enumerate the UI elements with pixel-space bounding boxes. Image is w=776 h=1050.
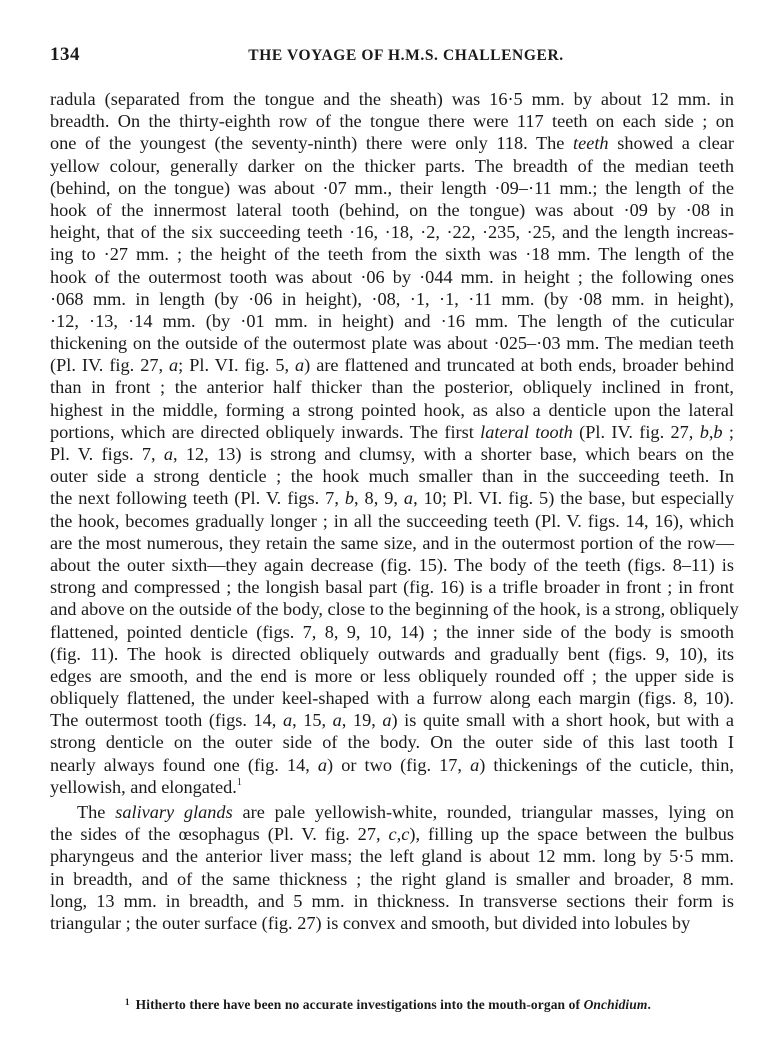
italic-term: a bbox=[283, 710, 292, 730]
italic-term: lateral tooth bbox=[480, 422, 573, 442]
text-line: the sides of the œsophagus (Pl. V. fig. … bbox=[50, 823, 734, 845]
text-line: portions, which are directed obliquely i… bbox=[50, 421, 734, 443]
text-line: ·12, ·13, ·14 mm. (by ·01 mm. in height)… bbox=[50, 310, 734, 332]
body-text: radula (separated from the tongue and th… bbox=[50, 88, 734, 934]
text-line: (behind, on the tongue) was about ·07 mm… bbox=[50, 177, 734, 199]
text-line: in breadth, and of the same thickness ; … bbox=[50, 868, 734, 890]
italic-term: salivary glands bbox=[115, 802, 232, 822]
italic-term: a bbox=[470, 755, 479, 775]
text-line: ·068 mm. in length (by ·06 in height), ·… bbox=[50, 288, 734, 310]
text-line: than in front ; the anterior half thicke… bbox=[50, 376, 734, 398]
running-head: THE VOYAGE OF H.M.S. CHALLENGER. bbox=[0, 47, 776, 65]
footnote-mark: 1 bbox=[125, 997, 130, 1007]
text-line: edges are smooth, and the end is more or… bbox=[50, 665, 734, 687]
paragraph-2: The salivary glands are pale yellowish-w… bbox=[50, 801, 734, 934]
text-line: thickening on the outside of the outermo… bbox=[50, 332, 734, 354]
paragraph-1: radula (separated from the tongue and th… bbox=[50, 88, 734, 798]
text-line: strong and compressed ; the longish basa… bbox=[50, 576, 734, 598]
text-line: outer side a strong denticle ; the hook … bbox=[50, 465, 734, 487]
text-line: hook of the innermost lateral tooth (beh… bbox=[50, 199, 734, 221]
text-line: (fig. 11). The hook is directed obliquel… bbox=[50, 643, 734, 665]
italic-term: teeth bbox=[573, 133, 609, 153]
italic-term: a bbox=[164, 444, 173, 464]
text-line: about the outer sixth—they again decreas… bbox=[50, 554, 734, 576]
text-line: the hook, becomes gradually longer ; in … bbox=[50, 510, 734, 532]
footnote-italic: Onchidium bbox=[584, 997, 648, 1012]
text-line: ing to ·27 mm. ; the height of the teeth… bbox=[50, 243, 734, 265]
text-line: nearly always found one (fig. 14, a) or … bbox=[50, 754, 734, 776]
text-line: yellow colour, generally darker on the t… bbox=[50, 155, 734, 177]
text-line: The salivary glands are pale yellowish-w… bbox=[50, 801, 734, 823]
text-line: breadth. On the thirty-eighth row of the… bbox=[50, 110, 734, 132]
text-line: flattened, pointed denticle (figs. 7, 8,… bbox=[50, 621, 734, 643]
text-line: The outermost tooth (figs. 14, a, 15, a,… bbox=[50, 709, 734, 731]
text-line: height, that of the six succeeding teeth… bbox=[50, 221, 734, 243]
footnote-reference[interactable]: 1 bbox=[237, 777, 242, 788]
italic-term: a bbox=[295, 355, 304, 375]
italic-term: a bbox=[382, 710, 391, 730]
text-line: pharyngeus and the anterior liver mass; … bbox=[50, 845, 734, 867]
text-line: highest in the middle, forming a strong … bbox=[50, 399, 734, 421]
text-line: yellowish, and elongated.1 bbox=[50, 776, 734, 798]
text-line: strong denticle on the outer side of the… bbox=[50, 731, 734, 753]
italic-term: a bbox=[333, 710, 342, 730]
text-line: the next following teeth (Pl. V. figs. 7… bbox=[50, 487, 734, 509]
italic-term: a bbox=[404, 488, 413, 508]
italic-term: c,c bbox=[389, 824, 410, 844]
italic-term: b bbox=[345, 488, 354, 508]
footnote-end: . bbox=[647, 997, 650, 1012]
footnote-text: Hitherto there have been no accurate inv… bbox=[136, 997, 584, 1012]
text-line: are the most numerous, they retain the s… bbox=[50, 532, 734, 554]
text-line: long, 13 mm. in breadth, and 5 mm. in th… bbox=[50, 890, 734, 912]
text-line: radula (separated from the tongue and th… bbox=[50, 88, 734, 110]
text-line: Pl. V. figs. 7, a, 12, 13) is strong and… bbox=[50, 443, 734, 465]
text-line: obliquely flattened, the under keel-shap… bbox=[50, 687, 734, 709]
text-line: (Pl. IV. fig. 27, a; Pl. VI. fig. 5, a) … bbox=[50, 354, 734, 376]
text-line: and above on the outside of the body, cl… bbox=[50, 598, 734, 620]
italic-term: a bbox=[318, 755, 327, 775]
text-line: one of the youngest (the seventy-ninth) … bbox=[50, 132, 734, 154]
text-line: hook of the outermost tooth was about ·0… bbox=[50, 266, 734, 288]
footnote: 1Hitherto there have been no accurate in… bbox=[0, 997, 776, 1013]
italic-term: a bbox=[169, 355, 178, 375]
italic-term: b,b bbox=[700, 422, 723, 442]
text-line: triangular ; the outer surface (fig. 27)… bbox=[50, 912, 734, 934]
